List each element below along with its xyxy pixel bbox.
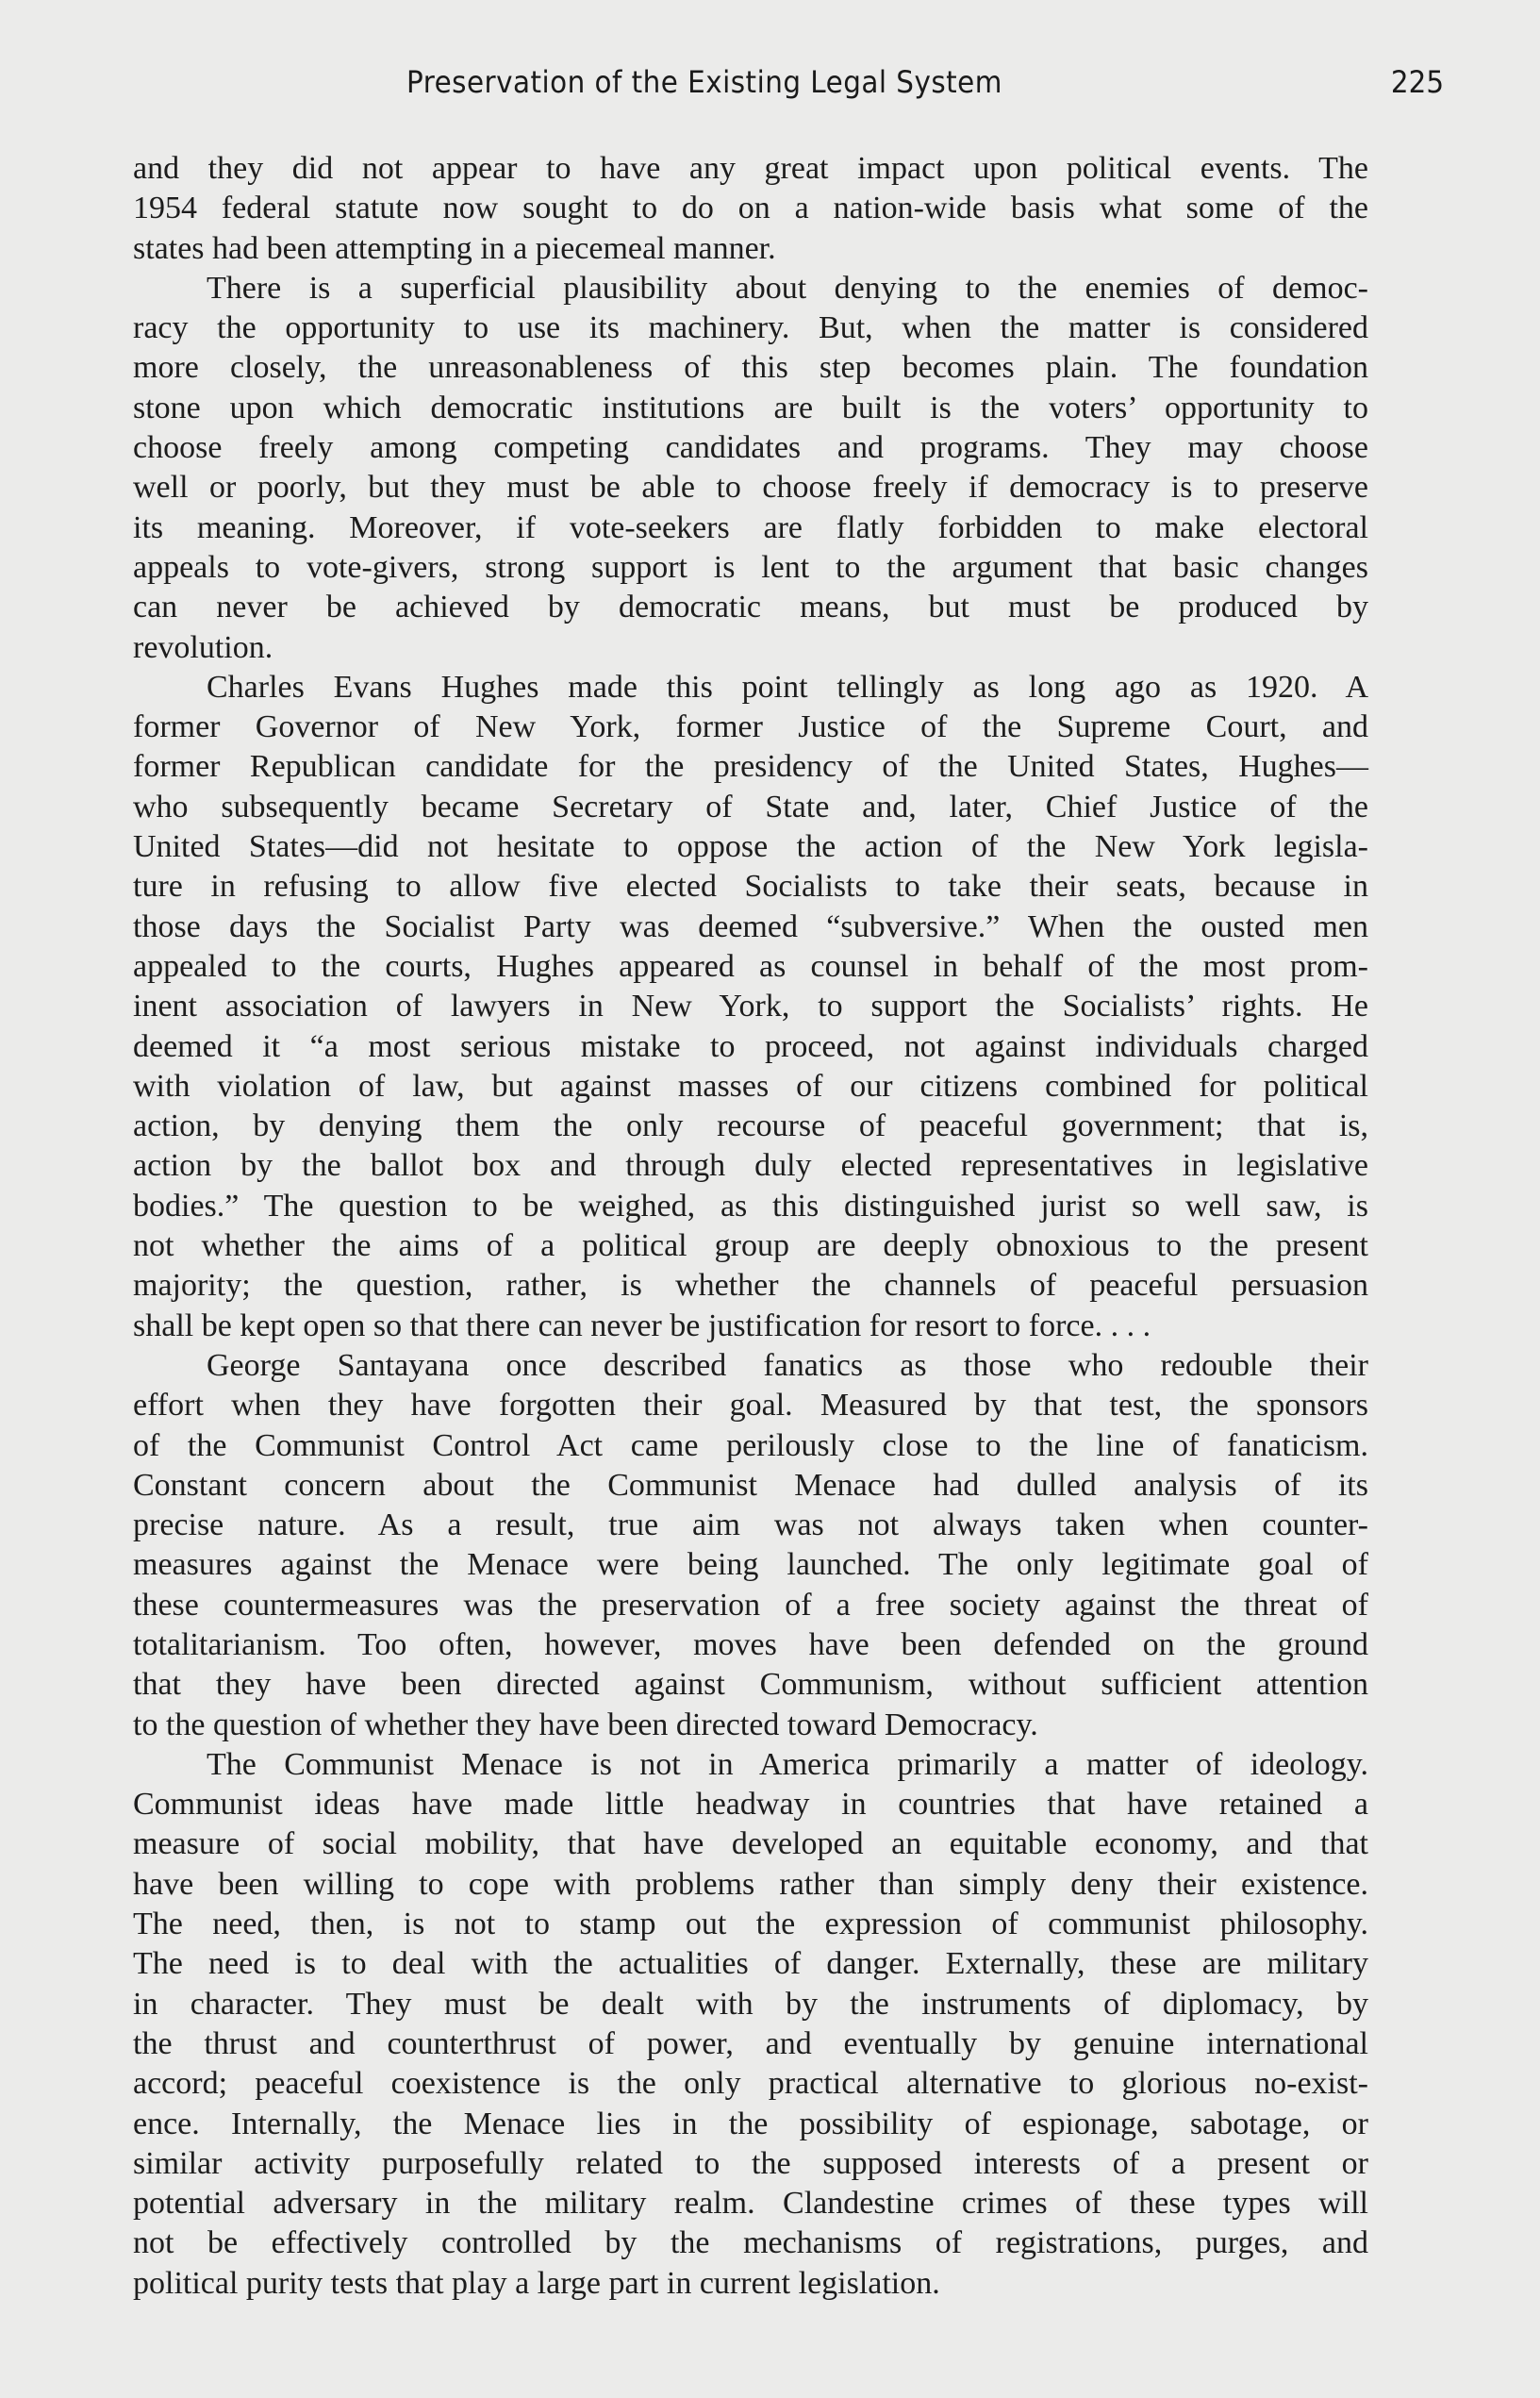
text-line: The need is to deal with the actualities… xyxy=(133,1944,1368,1984)
text-line: these countermeasures was the preservati… xyxy=(133,1586,1368,1625)
text-line: who subsequently became Secretary of Sta… xyxy=(133,788,1368,827)
text-line: of the Communist Control Act came perilo… xyxy=(133,1426,1368,1466)
paragraph: The Communist Menace is not in America p… xyxy=(133,1745,1368,2304)
text-line: have been willing to cope with problems … xyxy=(133,1865,1368,1905)
text-line: precise nature. As a result, true aim wa… xyxy=(133,1506,1368,1545)
text-line: racy the opportunity to use its machiner… xyxy=(133,308,1368,348)
text-line: to the question of whether they have bee… xyxy=(133,1706,1368,1745)
text-line: stone upon which democratic institutions… xyxy=(133,389,1368,428)
running-title: Preservation of the Existing Legal Syste… xyxy=(406,64,1002,100)
text-line: action, by denying them the only recours… xyxy=(133,1107,1368,1146)
text-line: action by the ballot box and through dul… xyxy=(133,1146,1368,1186)
text-line: appeals to vote-givers, strong support i… xyxy=(133,548,1368,588)
text-line: measures against the Menace were being l… xyxy=(133,1545,1368,1585)
text-line: well or poorly, but they must be able to… xyxy=(133,468,1368,508)
text-line: 1954 federal statute now sought to do on… xyxy=(133,189,1368,228)
text-line: totalitarianism. Too often, however, mov… xyxy=(133,1625,1368,1665)
text-line: There is a superficial plausibility abou… xyxy=(133,269,1368,308)
text-line: ence. Internally, the Menace lies in the… xyxy=(133,2105,1368,2144)
paragraph: and they did not appear to have any grea… xyxy=(133,149,1368,269)
text-line: similar activity purposefully related to… xyxy=(133,2144,1368,2184)
text-line: ture in refusing to allow five elected S… xyxy=(133,867,1368,907)
paragraph: George Santayana once described fanatics… xyxy=(133,1346,1368,1745)
text-line: Communist ideas have made little headway… xyxy=(133,1785,1368,1824)
text-line: and they did not appear to have any grea… xyxy=(133,149,1368,189)
text-line: in character. They must be dealt with by… xyxy=(133,1985,1368,2024)
text-line: can never be achieved by democratic mean… xyxy=(133,588,1368,627)
text-line: not whether the aims of a political grou… xyxy=(133,1226,1368,1266)
text-line: the thrust and counterthrust of power, a… xyxy=(133,2024,1368,2064)
body-text: and they did not appear to have any grea… xyxy=(133,149,1368,2304)
text-line: majority; the question, rather, is wheth… xyxy=(133,1266,1368,1306)
text-line: measure of social mobility, that have de… xyxy=(133,1824,1368,1864)
paragraph: Charles Evans Hughes made this point tel… xyxy=(133,668,1368,1346)
text-line: shall be kept open so that there can nev… xyxy=(133,1307,1368,1346)
text-line: with violation of law, but against masse… xyxy=(133,1067,1368,1107)
text-line: inent association of lawyers in New York… xyxy=(133,987,1368,1026)
text-line: states had been attempting in a piecemea… xyxy=(133,229,1368,269)
text-line: not be effectively controlled by the mec… xyxy=(133,2223,1368,2263)
text-line: Constant concern about the Communist Men… xyxy=(133,1466,1368,1506)
text-line: former Republican candidate for the pres… xyxy=(133,747,1368,787)
text-line: The need, then, is not to stamp out the … xyxy=(133,1905,1368,1944)
text-line: potential adversary in the military real… xyxy=(133,2184,1368,2223)
text-line: that they have been directed against Com… xyxy=(133,1665,1368,1705)
text-line: those days the Socialist Party was deeme… xyxy=(133,908,1368,947)
text-line: effort when they have forgotten their go… xyxy=(133,1386,1368,1425)
text-line: political purity tests that play a large… xyxy=(133,2264,1368,2304)
text-line: appealed to the courts, Hughes appeared … xyxy=(133,947,1368,987)
text-line: revolution. xyxy=(133,628,1368,668)
text-line: bodies.” The question to be weighed, as … xyxy=(133,1187,1368,1226)
text-line: deemed it “a most serious mistake to pro… xyxy=(133,1027,1368,1067)
paragraph: There is a superficial plausibility abou… xyxy=(133,269,1368,668)
running-header: Preservation of the Existing Legal Syste… xyxy=(133,64,1444,111)
text-line: Charles Evans Hughes made this point tel… xyxy=(133,668,1368,708)
text-line: more closely, the unreasonableness of th… xyxy=(133,348,1368,388)
text-line: its meaning. Moreover, if vote-seekers a… xyxy=(133,508,1368,548)
text-line: George Santayana once described fanatics… xyxy=(133,1346,1368,1386)
text-line: former Governor of New York, former Just… xyxy=(133,708,1368,747)
text-line: choose freely among competing candidates… xyxy=(133,428,1368,468)
text-line: The Communist Menace is not in America p… xyxy=(133,1745,1368,1785)
text-line: accord; peaceful coexistence is the only… xyxy=(133,2064,1368,2104)
text-line: United States—did not hesitate to oppose… xyxy=(133,827,1368,867)
page-number: 225 xyxy=(1391,64,1444,100)
